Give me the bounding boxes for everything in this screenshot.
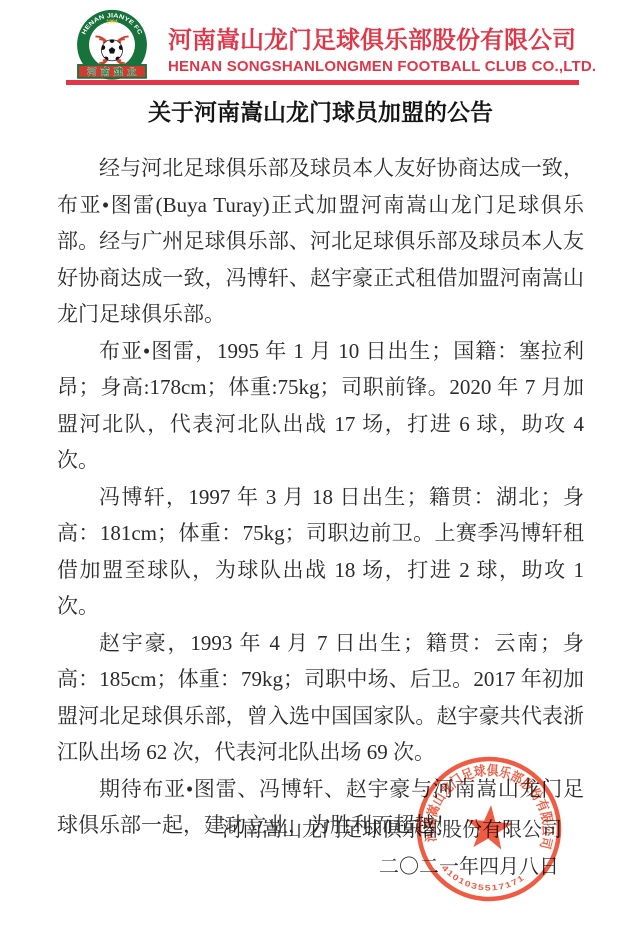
paragraph-zhao-yuhao: 赵宇豪，1993 年 4 月 7 日出生；籍贯：云南；身高：185cm；体重：7… [57,625,584,771]
signature-company: 河南嵩山龙门足球俱乐部股份有限公司 [0,812,641,849]
club-name-block: 河南嵩山龙门足球俱乐部股份有限公司 HENAN SONGSHANLONGMEN … [168,20,596,75]
logo-ribbon: 河南建业 [78,65,146,78]
paragraph-intro: 经与河北足球俱乐部及球员本人友好协商达成一致，布亚•图雷(Buya Turay)… [57,150,584,333]
announcement-document: HENAN JIANYE FC 1994 [0,0,641,927]
signature-block: 河南嵩山龙门足球俱乐部股份有限公司 二〇二一年四月八日 [0,812,641,886]
paragraph-feng-boxuan: 冯博轩，1997 年 3 月 18 日出生；籍贯：湖北；身高：181cm；体重：… [57,479,584,625]
logo-year: 1994 [106,20,117,26]
document-title: 关于河南嵩山龙门球员加盟的公告 [57,94,584,127]
club-crest-icon: HENAN JIANYE FC 1994 [66,8,158,87]
club-name-cn: 河南嵩山龙门足球俱乐部股份有限公司 [168,20,596,55]
logo-ribbon-text: 河南建业 [87,66,140,77]
paragraph-buya-turay: 布亚•图雷，1995 年 1 月 10 日出生；国籍：塞拉利昂；身高:178cm… [57,333,584,479]
club-header: HENAN JIANYE FC 1994 [66,8,596,87]
document-body: 经与河北足球俱乐部及球员本人友好协商达成一致，布亚•图雷(Buya Turay)… [57,150,584,844]
club-name-en: HENAN SONGSHANLONGMEN FOOTBALL CLUB CO.,… [168,58,596,75]
signature-date: 二〇二一年四月八日 [0,849,641,886]
